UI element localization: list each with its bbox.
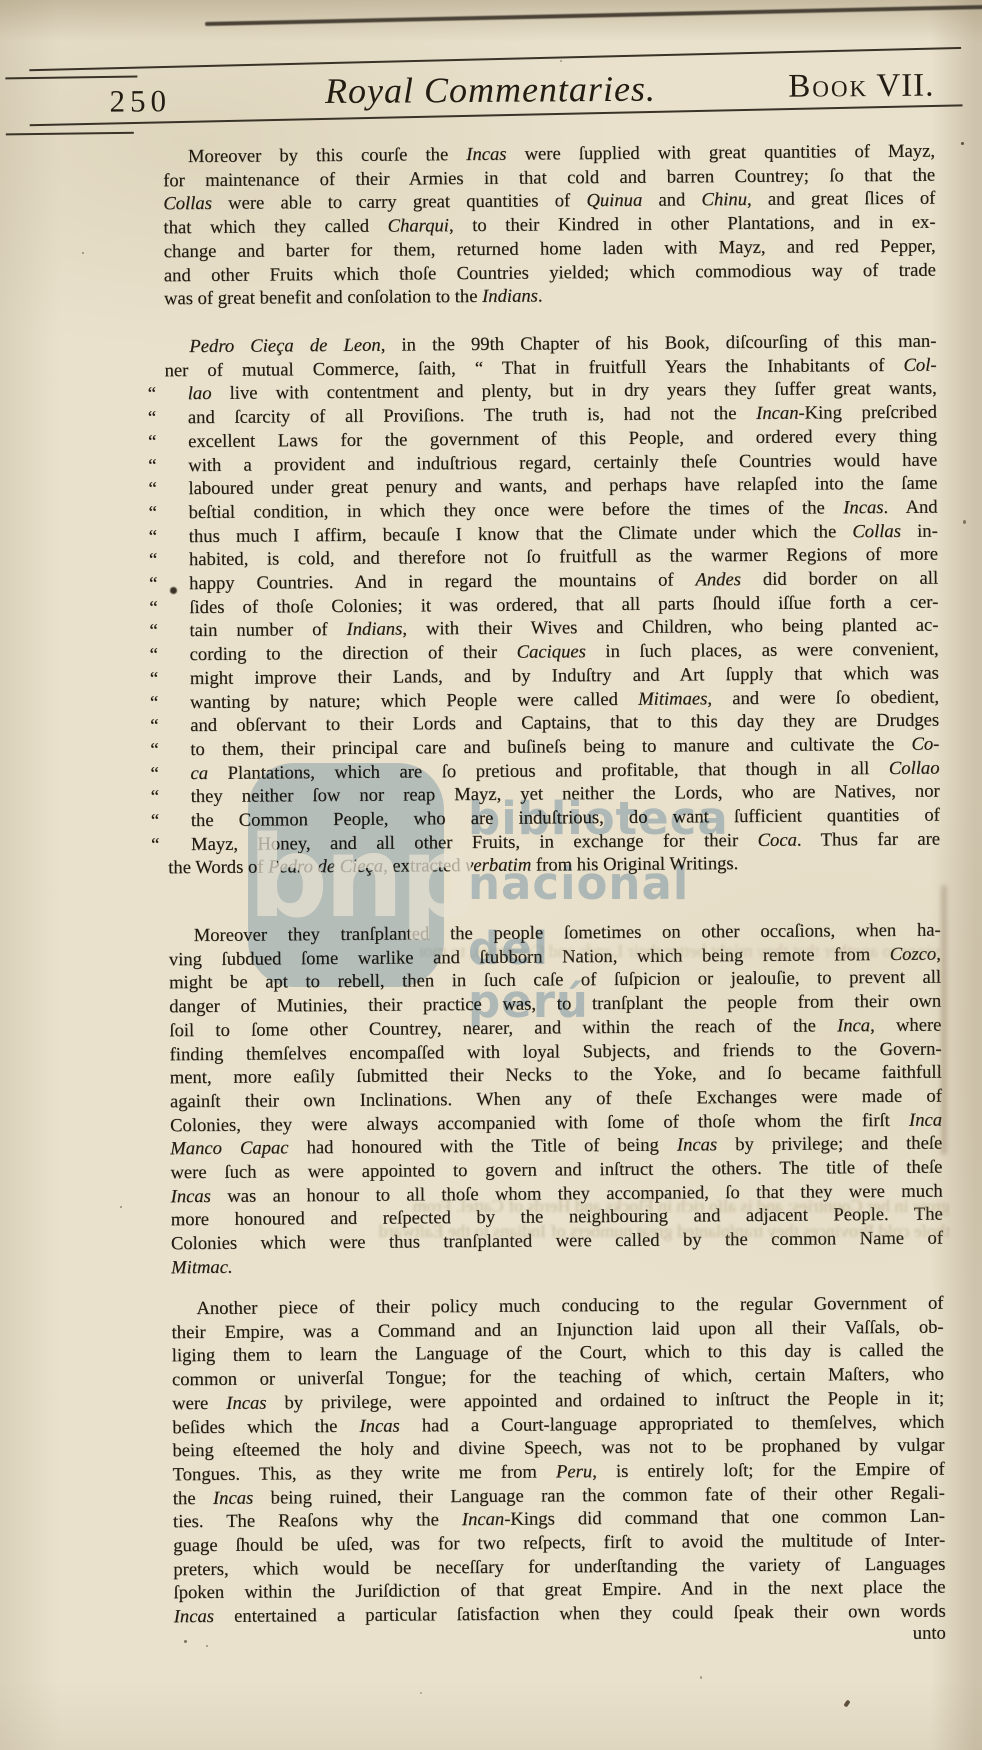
show-through-line: vince to another that they might better … xyxy=(420,941,940,962)
catchword: unto xyxy=(811,1623,946,1646)
hanging-quote-mark: “ xyxy=(149,596,157,620)
hanging-quote-mark: “ xyxy=(150,667,158,691)
hanging-quote-mark: “ xyxy=(148,477,156,501)
paper-speck xyxy=(560,60,562,62)
page-content: 250 Royal Commentaries. Book VII. Moreov… xyxy=(0,0,982,1750)
paper-speck xyxy=(961,142,964,145)
paper-speck xyxy=(963,520,966,524)
hanging-quote-mark: “ xyxy=(150,714,158,738)
hanging-quote-mark: “ xyxy=(151,809,159,833)
show-through-line: grow in her Countries; and is alſo rich … xyxy=(150,1196,950,1217)
hanging-quote-mark: “ xyxy=(148,454,156,478)
book-page-scan: 250 Royal Commentaries. Book VII. Moreov… xyxy=(0,0,982,1750)
paper-speck xyxy=(420,1692,422,1694)
paper-speck xyxy=(184,1640,187,1643)
hanging-quote-mark: “ xyxy=(151,786,159,810)
show-through-line: thoſe cold Provinces they tranſplanted g… xyxy=(150,1221,950,1242)
hanging-quote-mark: “ xyxy=(149,572,157,596)
paper-speck xyxy=(120,1206,122,1208)
paper-streak xyxy=(941,885,947,1155)
text-block: Moreover by this courſe the Incas were ſ… xyxy=(0,0,982,1750)
hanging-quote-mark: “ xyxy=(149,501,157,525)
text-line: the Words of Pedro de Cieça, extracted v… xyxy=(168,851,940,881)
hanging-quote-mark: “ xyxy=(149,620,157,644)
paper-speck xyxy=(206,1645,208,1647)
hanging-quote-mark: “ xyxy=(148,430,156,454)
hanging-quote-mark: “ xyxy=(150,738,158,762)
hanging-quote-mark: “ xyxy=(150,691,158,715)
paper-speck xyxy=(700,1676,702,1679)
paper-speck xyxy=(82,252,84,254)
text-line: was of great benefit and conſolation to … xyxy=(164,282,936,312)
hanging-quote-mark: “ xyxy=(150,762,158,786)
text-line: Mitmac. xyxy=(171,1250,943,1280)
ink-blot xyxy=(170,587,177,594)
hanging-quote-mark: “ xyxy=(149,525,157,549)
hanging-quote-mark: “ xyxy=(150,643,158,667)
hanging-quote-mark: “ xyxy=(151,833,159,857)
hanging-quote-mark: “ xyxy=(148,406,156,430)
hanging-quote-mark: “ xyxy=(149,549,157,573)
hanging-quote-mark: “ xyxy=(148,383,156,407)
